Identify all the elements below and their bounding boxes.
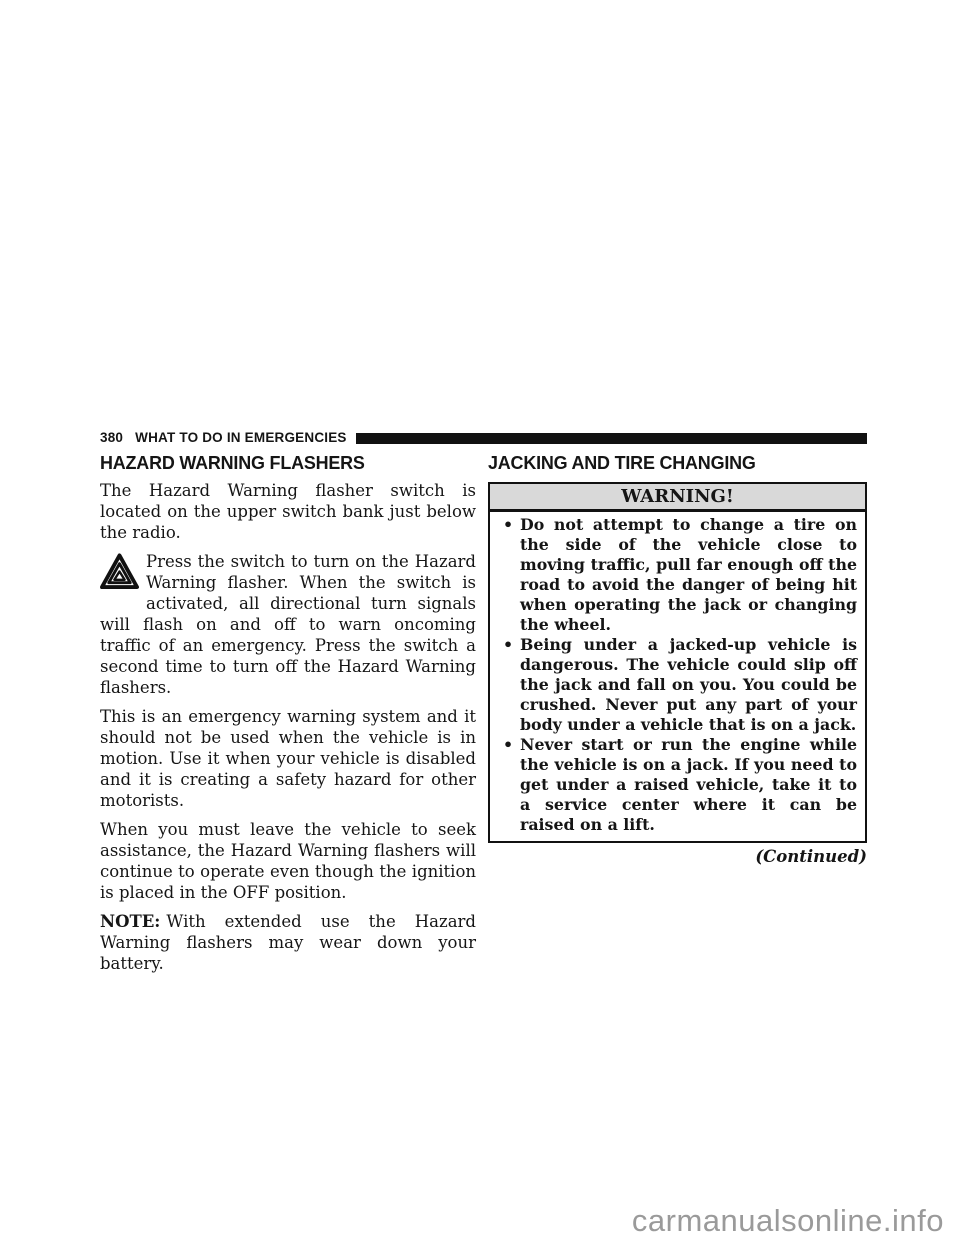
warning-item: Never start or run the engine while the … (500, 735, 857, 835)
section-heading-jacking: JACKING AND TIRE CHANGING (488, 452, 856, 473)
section-heading-hazard-flashers: HAZARD WARNING FLASHERS (100, 452, 465, 473)
chapter-title: WHAT TO DO IN EMERGENCIES (135, 430, 347, 445)
paragraph-switch: Press the switch to turn on the Hazard W… (100, 551, 476, 698)
warning-item: Being under a jacked-up vehicle is dange… (500, 635, 857, 735)
header-rule-bar (356, 433, 867, 444)
hazard-warning-triangle-icon (100, 551, 146, 614)
paragraph-note: NOTE:With extended use the Hazard Warnin… (100, 911, 476, 974)
running-header: 380 WHAT TO DO IN EMERGENCIES (100, 430, 867, 445)
warning-item: Do not attempt to change a tire on the s… (500, 515, 857, 635)
warning-list: Do not attempt to change a tire on the s… (490, 512, 865, 841)
paragraph-intro: The Hazard Warning flasher switch is loc… (100, 480, 476, 543)
warning-box-title: WARNING! (490, 484, 865, 512)
manual-page: 380 WHAT TO DO IN EMERGENCIES HAZARD WAR… (0, 0, 960, 1242)
left-column: HAZARD WARNING FLASHERS The Hazard Warni… (100, 452, 476, 974)
site-watermark: carmanualsonline.info (632, 1203, 944, 1239)
paragraph-leave-vehicle: When you must leave the vehicle to seek … (100, 819, 476, 903)
paragraph-emergency-system: This is an emergency warning system and … (100, 706, 476, 811)
note-label: NOTE: (100, 912, 166, 931)
continued-note: (Continued) (488, 847, 867, 866)
page-number: 380 (100, 430, 123, 445)
right-column: JACKING AND TIRE CHANGING WARNING! Do no… (488, 452, 867, 866)
paragraph-switch-text: Press the switch to turn on the Hazard W… (100, 552, 476, 697)
warning-box: WARNING! Do not attempt to change a tire… (488, 482, 867, 843)
